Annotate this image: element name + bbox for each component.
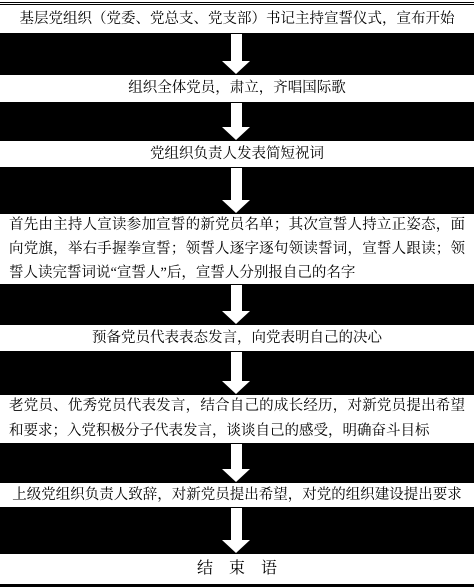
arrow-head bbox=[222, 311, 250, 324]
connector-band bbox=[0, 34, 474, 74]
arrow-head bbox=[222, 127, 250, 140]
flow-step-text: 基层党组织（党委、党总支、党支部）书记主持宣誓仪式，宣布开始 bbox=[20, 10, 455, 29]
down-arrow-icon bbox=[222, 285, 250, 324]
down-arrow-icon bbox=[222, 444, 250, 482]
arrow-head bbox=[222, 200, 250, 213]
flow-step-box-5: 预备党员代表表态发言，向党表明自己的决心 bbox=[0, 324, 474, 352]
connector-band bbox=[0, 285, 474, 324]
down-arrow-icon bbox=[222, 352, 250, 394]
connector-band bbox=[0, 168, 474, 213]
flow-step-text: 老党员、优秀党员代表发言，结合自己的成长经历，对新党员提出希望和要求；入党积极分… bbox=[9, 394, 465, 444]
arrow-shaft bbox=[231, 508, 242, 540]
top-border-line bbox=[0, 2, 474, 3]
flow-step-text: 结 束 语 bbox=[197, 559, 277, 580]
connector-band bbox=[0, 444, 474, 482]
arrow-shaft bbox=[231, 103, 242, 127]
flow-step-box-2: 组织全体党员，肃立，齐唱国际歌 bbox=[0, 74, 474, 103]
arrow-shaft bbox=[231, 444, 242, 469]
flow-step-text: 首先由主持人宣读参加宣誓的新党员名单；其次宣誓人持立正姿态，面向党旗，举右手握拳… bbox=[9, 213, 465, 285]
flow-step-box-6: 老党员、优秀党员代表发言，结合自己的成长经历，对新党员提出希望和要求；入党积极分… bbox=[0, 394, 474, 444]
flow-step-box-7: 上级党组织负责人致辞，对新党员提出希望，对党的组织建设提出要求 bbox=[0, 482, 474, 508]
flow-step-box-1: 基层党组织（党委、党总支、党支部）书记主持宣誓仪式，宣布开始 bbox=[0, 4, 474, 34]
arrow-head bbox=[222, 61, 250, 74]
connector-band bbox=[0, 352, 474, 394]
connector-band bbox=[0, 103, 474, 140]
down-arrow-icon bbox=[222, 168, 250, 213]
flowchart-canvas: 基层党组织（党委、党总支、党支部）书记主持宣誓仪式，宣布开始 组织全体党员，肃立… bbox=[0, 0, 474, 587]
arrow-head bbox=[222, 381, 250, 394]
arrow-shaft bbox=[231, 168, 242, 200]
arrow-head bbox=[222, 540, 250, 553]
flow-step-text: 组织全体党员，肃立，齐唱国际歌 bbox=[128, 79, 346, 98]
arrow-shaft bbox=[231, 34, 242, 61]
flow-step-box-4: 首先由主持人宣读参加宣誓的新党员名单；其次宣誓人持立正姿态，面向党旗，举右手握拳… bbox=[0, 213, 474, 285]
down-arrow-icon bbox=[222, 103, 250, 140]
down-arrow-icon bbox=[222, 508, 250, 553]
flow-step-box-3: 党组织负责人发表简短祝词 bbox=[0, 140, 474, 168]
arrow-shaft bbox=[231, 352, 242, 381]
flow-step-text: 上级党组织负责人致辞，对新党员提出希望，对党的组织建设提出要求 bbox=[12, 486, 462, 505]
flow-step-box-8: 结 束 语 bbox=[0, 553, 474, 585]
flow-step-text: 预备党员代表表态发言，向党表明自己的决心 bbox=[92, 329, 382, 348]
connector-band bbox=[0, 508, 474, 553]
down-arrow-icon bbox=[222, 34, 250, 74]
flow-step-text: 党组织负责人发表简短祝词 bbox=[150, 145, 324, 164]
arrow-shaft bbox=[231, 285, 242, 311]
arrow-head bbox=[222, 469, 250, 482]
